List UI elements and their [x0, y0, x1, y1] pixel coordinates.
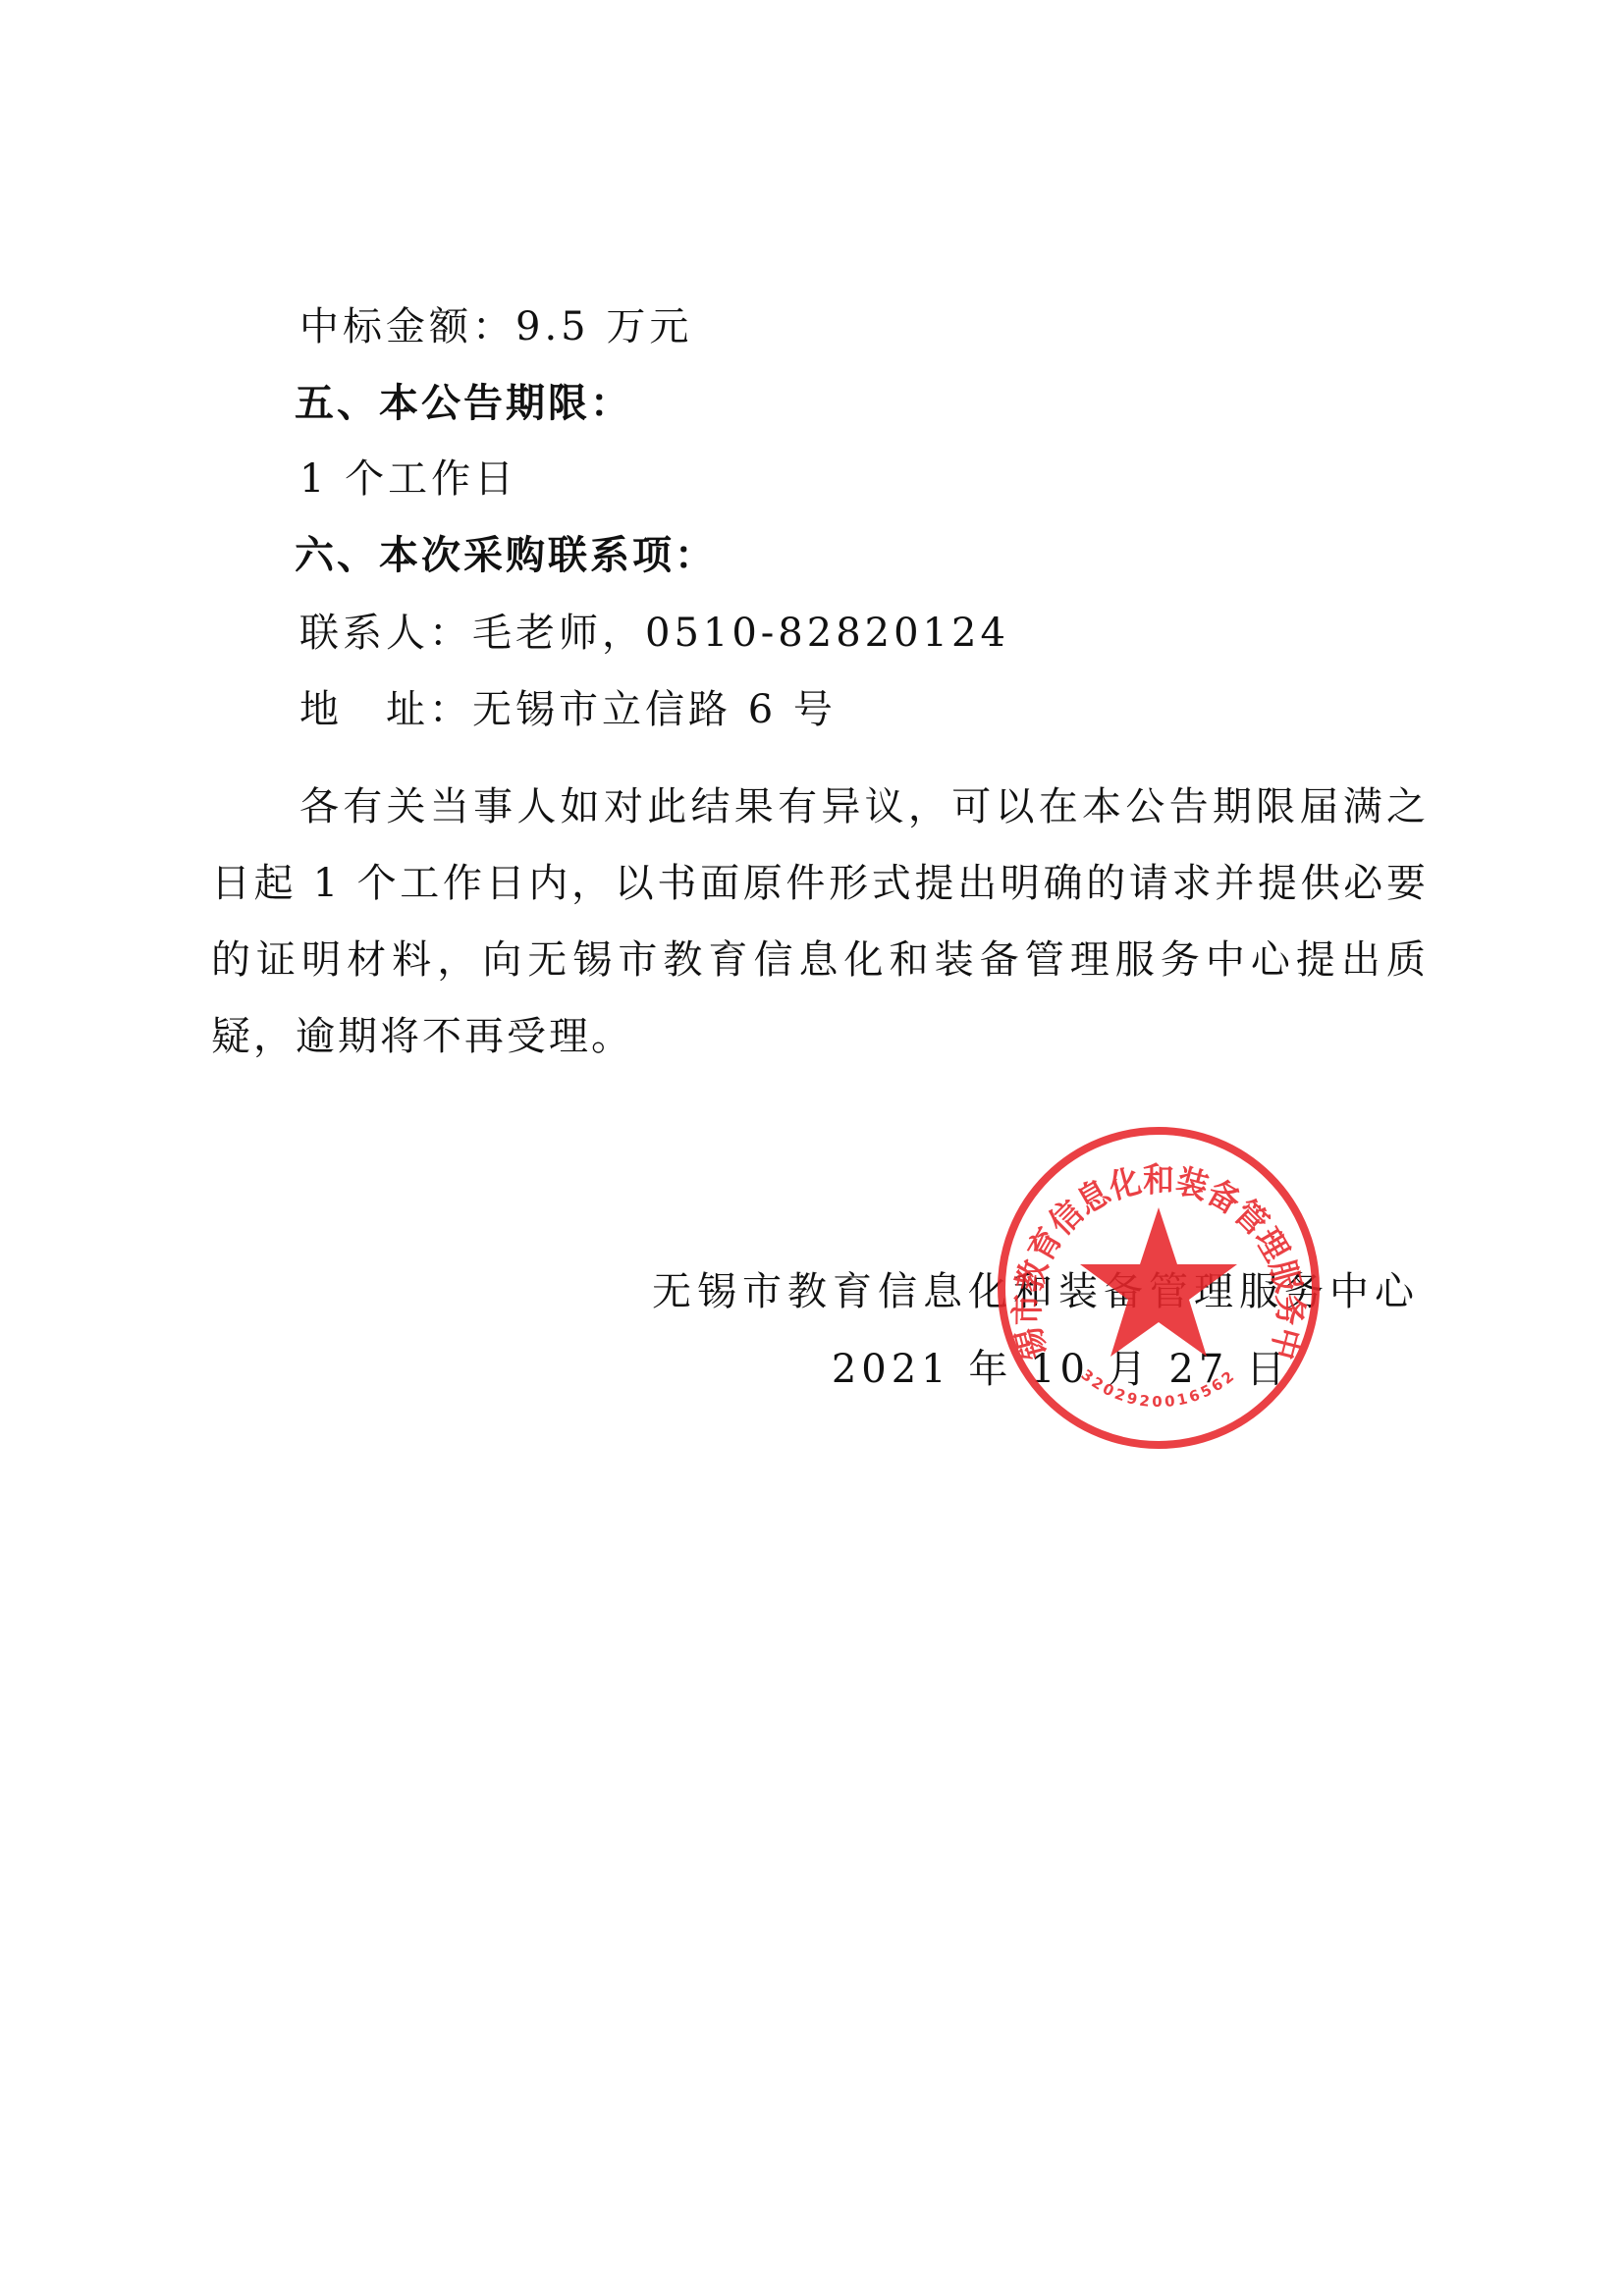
- official-seal-stamp: 无锡市教育信息化和装备管理服务中心 3202920016562: [992, 1121, 1326, 1455]
- contact-line: 联系人：毛老师，0510-82820124: [299, 610, 1009, 657]
- objection-paragraph: 各有关当事人如对此结果有异议，可以在本公告期限届满之日起 1 个工作日内，以书面…: [211, 769, 1429, 1075]
- address-line: 地 址：无锡市立信路 6 号: [299, 686, 837, 733]
- star-icon: [1080, 1207, 1237, 1357]
- section5-heading: 五、本公告期限：: [295, 380, 632, 427]
- section5-content: 1 个工作日: [299, 455, 517, 503]
- award-amount-line: 中标金额：9.5 万元: [299, 303, 692, 350]
- section6-heading: 六、本次采购联系项：: [295, 532, 717, 579]
- stamp-number: 3202920016562: [1078, 1365, 1240, 1411]
